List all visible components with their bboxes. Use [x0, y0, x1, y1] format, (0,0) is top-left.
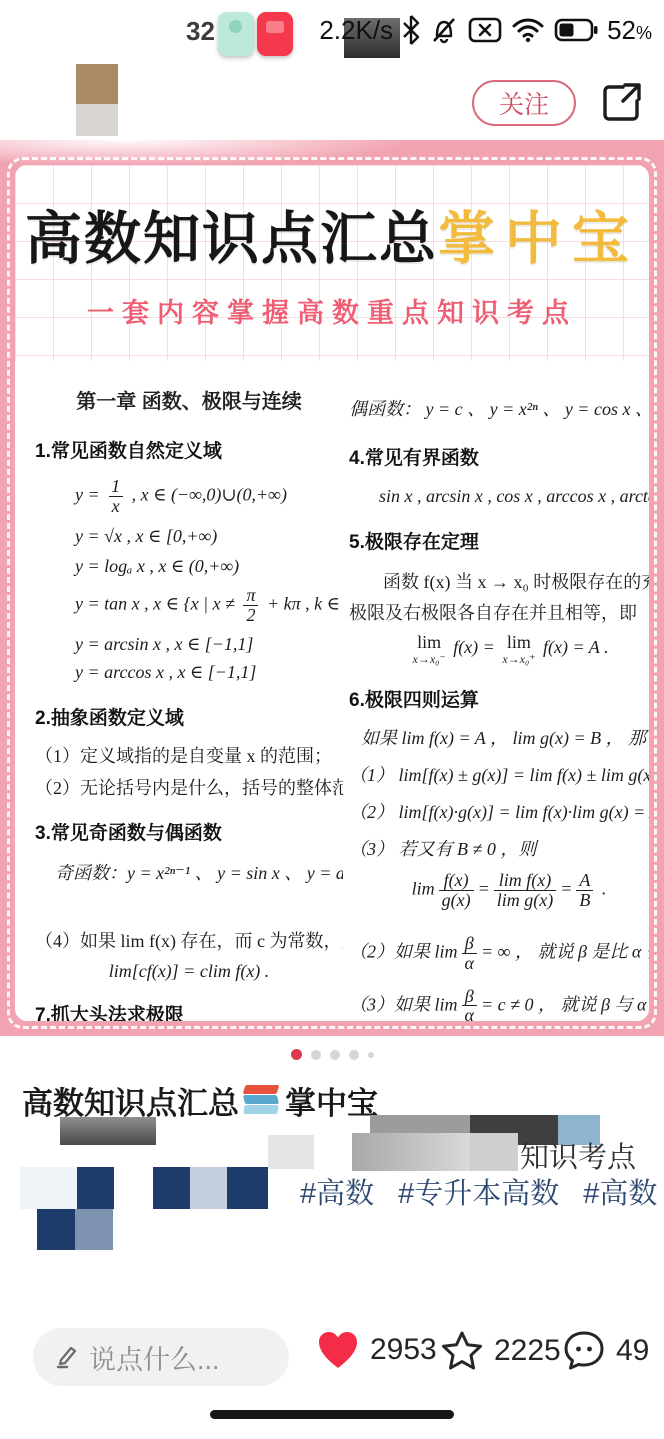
bottom-action-bar: 说点什么... 2953 2225 49 [0, 1312, 664, 1408]
section-3-heading: 3.常见奇函数与偶函数 [35, 818, 343, 845]
censored-block [153, 1167, 190, 1209]
section-2-heading: 2.抽象函数定义域 [35, 703, 343, 730]
formula: y = tan x , x ∈ {x | x ≠ π2 + kπ , k ∈ Z… [35, 586, 343, 625]
censored-block [352, 1133, 470, 1171]
follow-label: 关注 [499, 85, 549, 121]
formula: y = √x , x ∈ [0,+∞) [35, 526, 343, 547]
battery-icon [554, 17, 598, 43]
section-1-heading: 1.常见函数自然定义域 [35, 436, 343, 463]
censored-block [77, 1167, 114, 1209]
banner-title-gold: 掌中宝 [438, 207, 639, 271]
status-time-fragment: 32 [186, 16, 215, 47]
collect-count: 2225 [494, 1334, 561, 1368]
formula: 奇函数：y = x²ⁿ⁻¹ 、 y = sin x 、 y = arcsin x… [35, 859, 343, 885]
comment-count-button[interactable]: 49 [562, 1330, 649, 1372]
notification-app-icon-mint [218, 12, 254, 56]
share-icon [599, 81, 643, 125]
comment-placeholder: 说点什么... [89, 1338, 220, 1377]
like-count: 2953 [370, 1333, 437, 1367]
formula: 如果 lim f(x) = A ， lim g(x) = B ， 那么 [349, 724, 649, 750]
cover-card: 高数知识点汇总掌中宝 一套内容掌握高数重点知识考点 第一章 函数、极限与连续 1… [15, 165, 649, 1021]
carousel-dot[interactable] [330, 1050, 340, 1060]
hashtag[interactable]: #高数 [583, 1171, 657, 1212]
formula: y = 1x , x ∈ (−∞,0)∪(0,+∞) [35, 477, 343, 516]
censored-block [470, 1133, 518, 1171]
books-emoji [242, 1083, 282, 1119]
carousel-dot[interactable] [368, 1052, 374, 1058]
cover-image[interactable]: 高数知识点汇总掌中宝 一套内容掌握高数重点知识考点 第一章 函数、极限与连续 1… [0, 140, 664, 1036]
notification-app-icon-red [257, 12, 293, 56]
censored-block [37, 1209, 75, 1250]
formula: y = arcsin x , x ∈ [−1,1] [35, 634, 343, 655]
hashtag[interactable]: #高数 [300, 1171, 374, 1212]
section-7-heading: 7.抓大头法求极限 [35, 1000, 343, 1021]
banner-subtitle: 一套内容掌握高数重点知识考点 [15, 291, 649, 330]
comment-input[interactable]: 说点什么... [33, 1328, 289, 1386]
text-line: （1）定义域指的是自变量 x 的范围； [35, 742, 343, 768]
comment-count: 49 [616, 1334, 649, 1368]
sim-disabled-icon [468, 16, 502, 44]
formula: sin x , arcsin x , cos x , arccos x , ar… [349, 486, 649, 507]
status-bar: 32 2.2K/s 52% [0, 0, 664, 60]
hashtag[interactable]: #专升本高数 [398, 1171, 559, 1212]
like-button[interactable]: 2953 [316, 1330, 437, 1370]
bluetooth-icon [402, 15, 420, 45]
post-description: 知识考点 #高数 #专升本高数 #高数 [0, 1115, 664, 1265]
star-icon [440, 1330, 484, 1372]
censored-block [75, 1209, 113, 1250]
censored-block [268, 1135, 314, 1169]
banner-title: 高数知识点汇总掌中宝 [15, 193, 649, 275]
censored-block [20, 1167, 77, 1209]
pencil-icon [53, 1344, 79, 1370]
doc-right-column: 偶函数： y = c 、 y = x²ⁿ 、 y = cos x 、 y = |… [349, 361, 649, 1021]
censored-block [190, 1167, 227, 1209]
carousel-indicator [0, 1049, 664, 1060]
censored-block [60, 1117, 156, 1145]
section-4-heading: 4.常见有界函数 [349, 443, 649, 470]
document-body: 第一章 函数、极限与连续 1.常见函数自然定义域 y = 1x , x ∈ (−… [15, 361, 649, 1021]
post-header: 关注 [0, 62, 664, 142]
doc-left-column: 第一章 函数、极限与连续 1.常见函数自然定义域 y = 1x , x ∈ (−… [35, 361, 343, 1021]
battery-percent: 52% [607, 15, 652, 46]
text-line: （2）无论括号内是什么，括号的整体范围相同. [35, 774, 343, 800]
home-indicator[interactable] [210, 1410, 454, 1419]
text-line: 函数 f(x) 当 x → x₀ 时极限存在的充分必要条件 [349, 568, 649, 594]
formula: （3） 若又有 B ≠ 0 ，则 [349, 835, 649, 861]
network-speed: 2.2K/s [319, 15, 393, 46]
chat-bubble-icon [562, 1330, 606, 1372]
carousel-dot-active[interactable] [291, 1049, 302, 1060]
formula: （2） lim[f(x)·g(x)] = lim f(x)·lim g(x) =… [349, 798, 649, 824]
description-visible-text: 知识考点 [520, 1135, 636, 1176]
quotient-limit-formula: limf(x)g(x)=lim f(x)lim g(x)=AB . [349, 871, 649, 910]
collect-button[interactable]: 2225 [440, 1330, 561, 1372]
heart-icon [316, 1330, 360, 1370]
text-line: （4）如果 lim f(x) 存在，而 c 为常数，则 [35, 927, 343, 953]
chapter-title: 第一章 函数、极限与连续 [35, 385, 343, 414]
formula: y = logₐ x , x ∈ (0,+∞) [35, 556, 343, 577]
mute-bell-icon [429, 15, 459, 45]
section-6-heading: 6.极限四则运算 [349, 685, 649, 712]
follow-button[interactable]: 关注 [472, 80, 576, 126]
page-curl-highlight [0, 140, 420, 166]
section-5-heading: 5.极限存在定理 [349, 527, 649, 554]
censored-block [227, 1167, 268, 1209]
avatar-blur-top [76, 64, 118, 104]
carousel-dot[interactable] [349, 1050, 359, 1060]
formula: （1） lim[f(x) ± g(x)] = lim f(x) ± lim g(… [349, 761, 649, 787]
formula: y = arccos x , x ∈ [−1,1] [35, 662, 343, 683]
share-button[interactable] [598, 80, 644, 126]
formula: 偶函数： y = c 、 y = x²ⁿ 、 y = cos x 、 y = |… [349, 395, 649, 421]
cover-banner: 高数知识点汇总掌中宝 一套内容掌握高数重点知识考点 [15, 165, 649, 361]
formula: lim[cf(x)] = clim f(x) . [35, 961, 343, 982]
wifi-icon [511, 16, 545, 44]
avatar-blur-bottom [76, 104, 118, 136]
infinitesimal-rule: （2）如果 limβα= ∞ ， 就说 β 是比 α 低阶的无穷小； [349, 934, 649, 973]
infinitesimal-rule: （3）如果 limβα= c ≠ 0 ， 就说 β 与 α 是同阶无穷小； [349, 987, 649, 1021]
limit-equality-formula: limx→x₀⁻ f(x) = limx→x₀⁺ f(x) = A . [349, 633, 649, 665]
hashtag-row: #高数 #专升本高数 #高数 [300, 1171, 657, 1212]
text-line: 极限及右极限各自存在并且相等，即 [349, 599, 649, 625]
carousel-dot[interactable] [311, 1050, 321, 1060]
avatar[interactable] [76, 64, 118, 136]
status-icons-group: 2.2K/s 52% [319, 0, 652, 60]
